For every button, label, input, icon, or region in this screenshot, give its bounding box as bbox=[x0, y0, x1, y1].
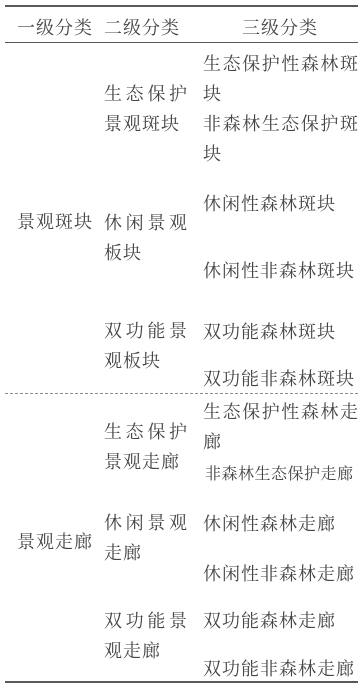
level2-leisure-patch: 休闲景观板块 bbox=[104, 208, 188, 268]
header-level2: 二级分类 bbox=[104, 13, 180, 43]
level2-dual-corridor: 双功能景观走廊 bbox=[104, 606, 188, 666]
level3-dual-forest-patch: 双功能森林斑块 bbox=[203, 317, 336, 347]
level3-leisure-nonforest-patch: 休闲性非森林斑块 bbox=[203, 256, 355, 286]
table-top-rule bbox=[5, 5, 358, 7]
level3-dual-forest-corridor: 双功能森林走廊 bbox=[203, 606, 336, 636]
level3-dual-nonforest-corridor: 双功能非森林走廊 bbox=[203, 654, 355, 684]
level3-nonforest-eco-corridor: 非森林生态保护走廊 bbox=[205, 465, 354, 485]
level3-eco-forest-corridor: 生态保护性森林走廊 bbox=[203, 397, 359, 457]
level3-leisure-forest-corridor: 休闲性森林走廊 bbox=[203, 509, 336, 539]
level1-corridor-label: 景观走廊 bbox=[17, 527, 93, 557]
level2-leisure-corridor: 休闲景观走廊 bbox=[104, 508, 188, 568]
level3-leisure-nonforest-corridor: 休闲性非森林走廊 bbox=[203, 559, 355, 589]
level2-dual-patch: 双功能景观板块 bbox=[104, 316, 188, 376]
level3-eco-forest-patch: 生态保护性森林斑块 bbox=[203, 49, 359, 109]
level2-eco-patch: 生态保护景观斑块 bbox=[104, 79, 188, 139]
header-level3: 三级分类 bbox=[242, 13, 318, 43]
level3-nonforest-eco-patch: 非森林生态保护斑块 bbox=[203, 109, 359, 169]
level1-patch-label: 景观斑块 bbox=[17, 207, 93, 237]
header-level1: 一级分类 bbox=[17, 13, 93, 43]
level3-leisure-forest-patch: 休闲性森林斑块 bbox=[203, 189, 336, 219]
level3-dual-nonforest-patch: 双功能非森林斑块 bbox=[203, 364, 355, 394]
level2-eco-corridor: 生态保护景观走廊 bbox=[104, 417, 188, 477]
classification-table: 一级分类 二级分类 三级分类 景观斑块 景观走廊 生态保护景观斑块 休闲景观板块… bbox=[0, 0, 363, 686]
